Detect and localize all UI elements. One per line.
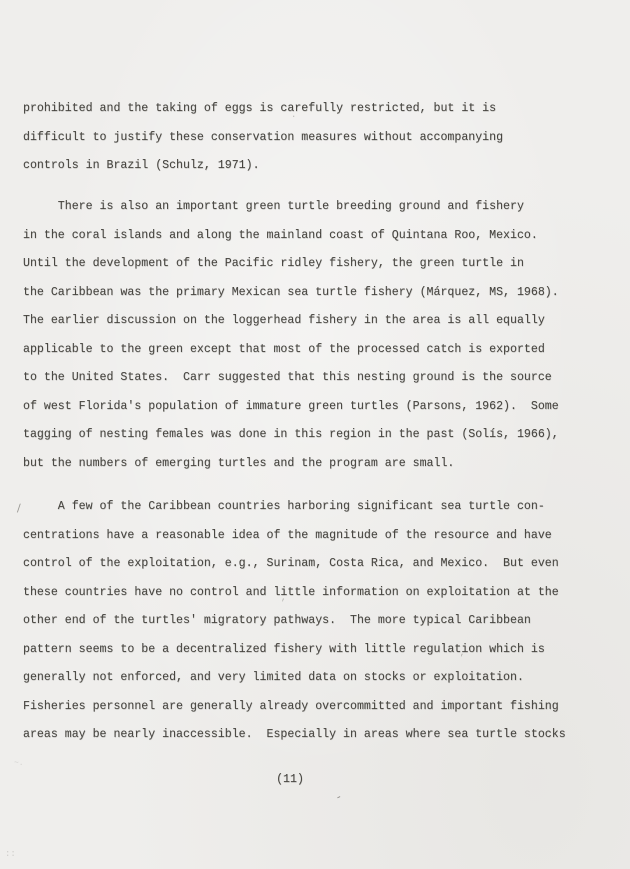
- text-line: A few of the Caribbean countries harbori…: [23, 493, 607, 522]
- text-line: controls in Brazil (Schulz, 1971).: [23, 152, 607, 181]
- text-line: areas may be nearly inaccessible. Especi…: [23, 721, 607, 750]
- text-line: tagging of nesting females was done in t…: [23, 421, 607, 450]
- text-line: applicable to the green except that most…: [23, 336, 607, 365]
- paragraph-1: prohibited and the taking of eggs is car…: [23, 95, 607, 181]
- text-line: control of the exploitation, e.g., Surin…: [23, 550, 607, 579]
- text-line: other end of the turtles' migratory path…: [23, 607, 607, 636]
- text-line: generally not enforced, and very limited…: [23, 664, 607, 693]
- text-line: but the numbers of emerging turtles and …: [23, 450, 607, 479]
- page-number: (11): [23, 766, 557, 795]
- text-line: There is also an important green turtle …: [23, 193, 607, 222]
- text-line: the Caribbean was the primary Mexican se…: [23, 279, 607, 308]
- scanned-document-page: prohibited and the taking of eggs is car…: [0, 0, 630, 869]
- text-line: these countries have no control and litt…: [23, 579, 607, 608]
- text-line: pattern seems to be a decentralized fish…: [23, 636, 607, 665]
- text-line: in the coral islands and along the mainl…: [23, 222, 607, 251]
- text-line: difficult to justify these conservation …: [23, 124, 607, 153]
- paragraph-2: There is also an important green turtle …: [23, 193, 607, 478]
- text-line: prohibited and the taking of eggs is car…: [23, 95, 607, 124]
- text-line: of west Florida's population of immature…: [23, 393, 607, 422]
- text-line: Fisheries personnel are generally alread…: [23, 693, 607, 722]
- text-line: Until the development of the Pacific rid…: [23, 250, 607, 279]
- scan-artifact: ::: [5, 850, 16, 859]
- text-line: The earlier discussion on the loggerhead…: [23, 307, 607, 336]
- text-line: centrations have a reasonable idea of th…: [23, 522, 607, 551]
- paragraph-3: A few of the Caribbean countries harbori…: [23, 493, 607, 750]
- text-line: to the United States. Carr suggested tha…: [23, 364, 607, 393]
